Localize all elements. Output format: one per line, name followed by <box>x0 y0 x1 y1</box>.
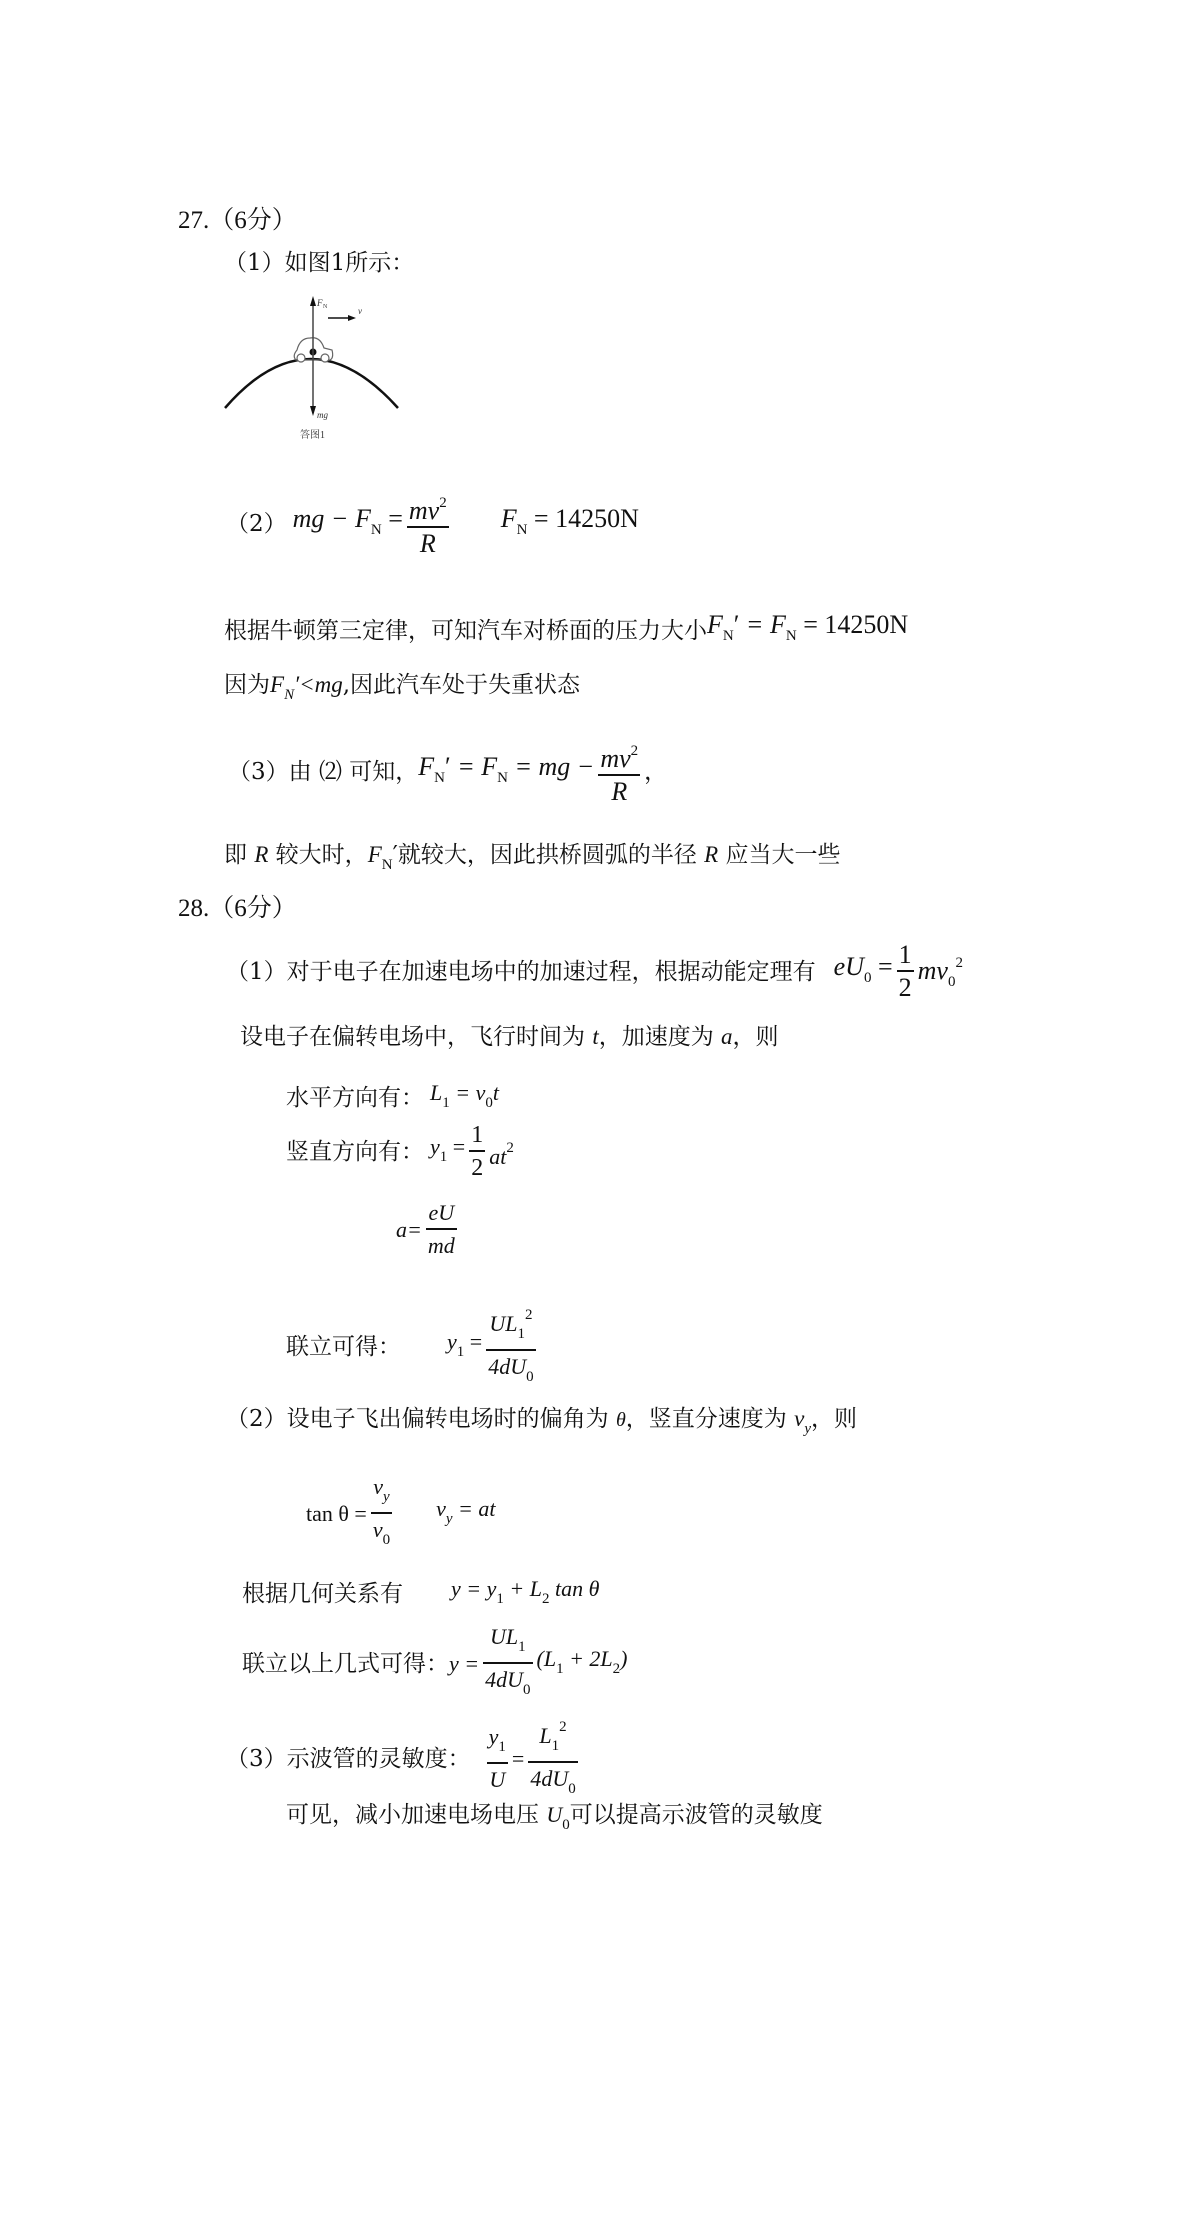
q28-heading: 28.（6分） <box>178 888 297 924</box>
q28-final: 联立以上几式可得： y = UL1 4dU0 (L1 + 2L2) <box>242 1622 628 1706</box>
svg-text:N: N <box>323 304 328 310</box>
svg-text:mg: mg <box>317 410 328 420</box>
q27-part2-lhs: mg − FN = <box>293 504 403 545</box>
q27-newton-eq: FN′ = FN = 14250N <box>707 610 908 651</box>
q28-geometry: 根据几何关系有 y = y1 + L2 tan θ <box>242 1574 599 1614</box>
q28-horizontal: 水平方向有： L1 = v0t <box>286 1078 499 1118</box>
q27-part2-result: FN = 14250N <box>501 504 639 545</box>
q28-closing: 可见，减小加速电场电压 U0可以提高示波管的灵敏度 <box>286 1800 823 1840</box>
figure-caption: 答图1 <box>300 429 325 441</box>
q28-acceleration: a= eU md <box>396 1198 461 1262</box>
q28-vertical: 竖直方向有： y1 = 1 2 at2 <box>286 1120 514 1184</box>
bridge-figure: F N v mg 答图1 <box>220 290 420 450</box>
q27-part3-fraction: mv2 R <box>598 736 640 808</box>
svg-text:v: v <box>358 306 362 316</box>
q27-heading: 27.（6分） <box>178 200 297 236</box>
q27-weightless-line: 因为FN′<mg,因此汽车处于失重状态 <box>224 670 580 710</box>
svg-text:F: F <box>316 298 323 308</box>
q28-tan-eq: tan θ = vy v0 vy = at <box>306 1472 496 1556</box>
q27-part2: （2） mg − FN = mv2 R FN = 14250N <box>226 488 639 560</box>
q27-conclusion: 即 R 较大时，FN′就较大，因此拱桥圆弧的半径 R 应当大一些 <box>224 840 841 880</box>
bridge-diagram-icon: F N v mg 答图1 <box>220 290 420 450</box>
q27-part2-label: （2） <box>226 509 287 539</box>
q28-part2: （2）设电子飞出偏转电场时的偏角为 θ，竖直分速度为 vy，则 <box>226 1404 857 1444</box>
q27-newton-line: 根据牛顿第三定律，可知汽车对桥面的压力大小 FN′ = FN = 14250N <box>224 610 908 651</box>
q27-part1-label: （1）如图1所示： <box>224 248 414 278</box>
q28-part1-fraction: 1 2 <box>897 940 914 1004</box>
q28-setup: 设电子在偏转电场中，飞行时间为 t，加速度为 a，则 <box>240 1022 779 1052</box>
q28-part1: （1）对于电子在加速电场中的加速过程，根据动能定理有 eU0 = 1 2 mv0… <box>226 940 963 1004</box>
q28-combine: 联立可得： y1 = UL12 4dU0 <box>286 1300 540 1393</box>
q28-part3: （3）示波管的灵敏度： y1 U = L12 4dU0 <box>226 1712 582 1805</box>
q27-part3: （3）由 ⑵ 可知， FN′ = FN = mg − mv2 R ， <box>228 736 667 808</box>
q27-part2-fraction: mv2 R <box>407 488 449 560</box>
